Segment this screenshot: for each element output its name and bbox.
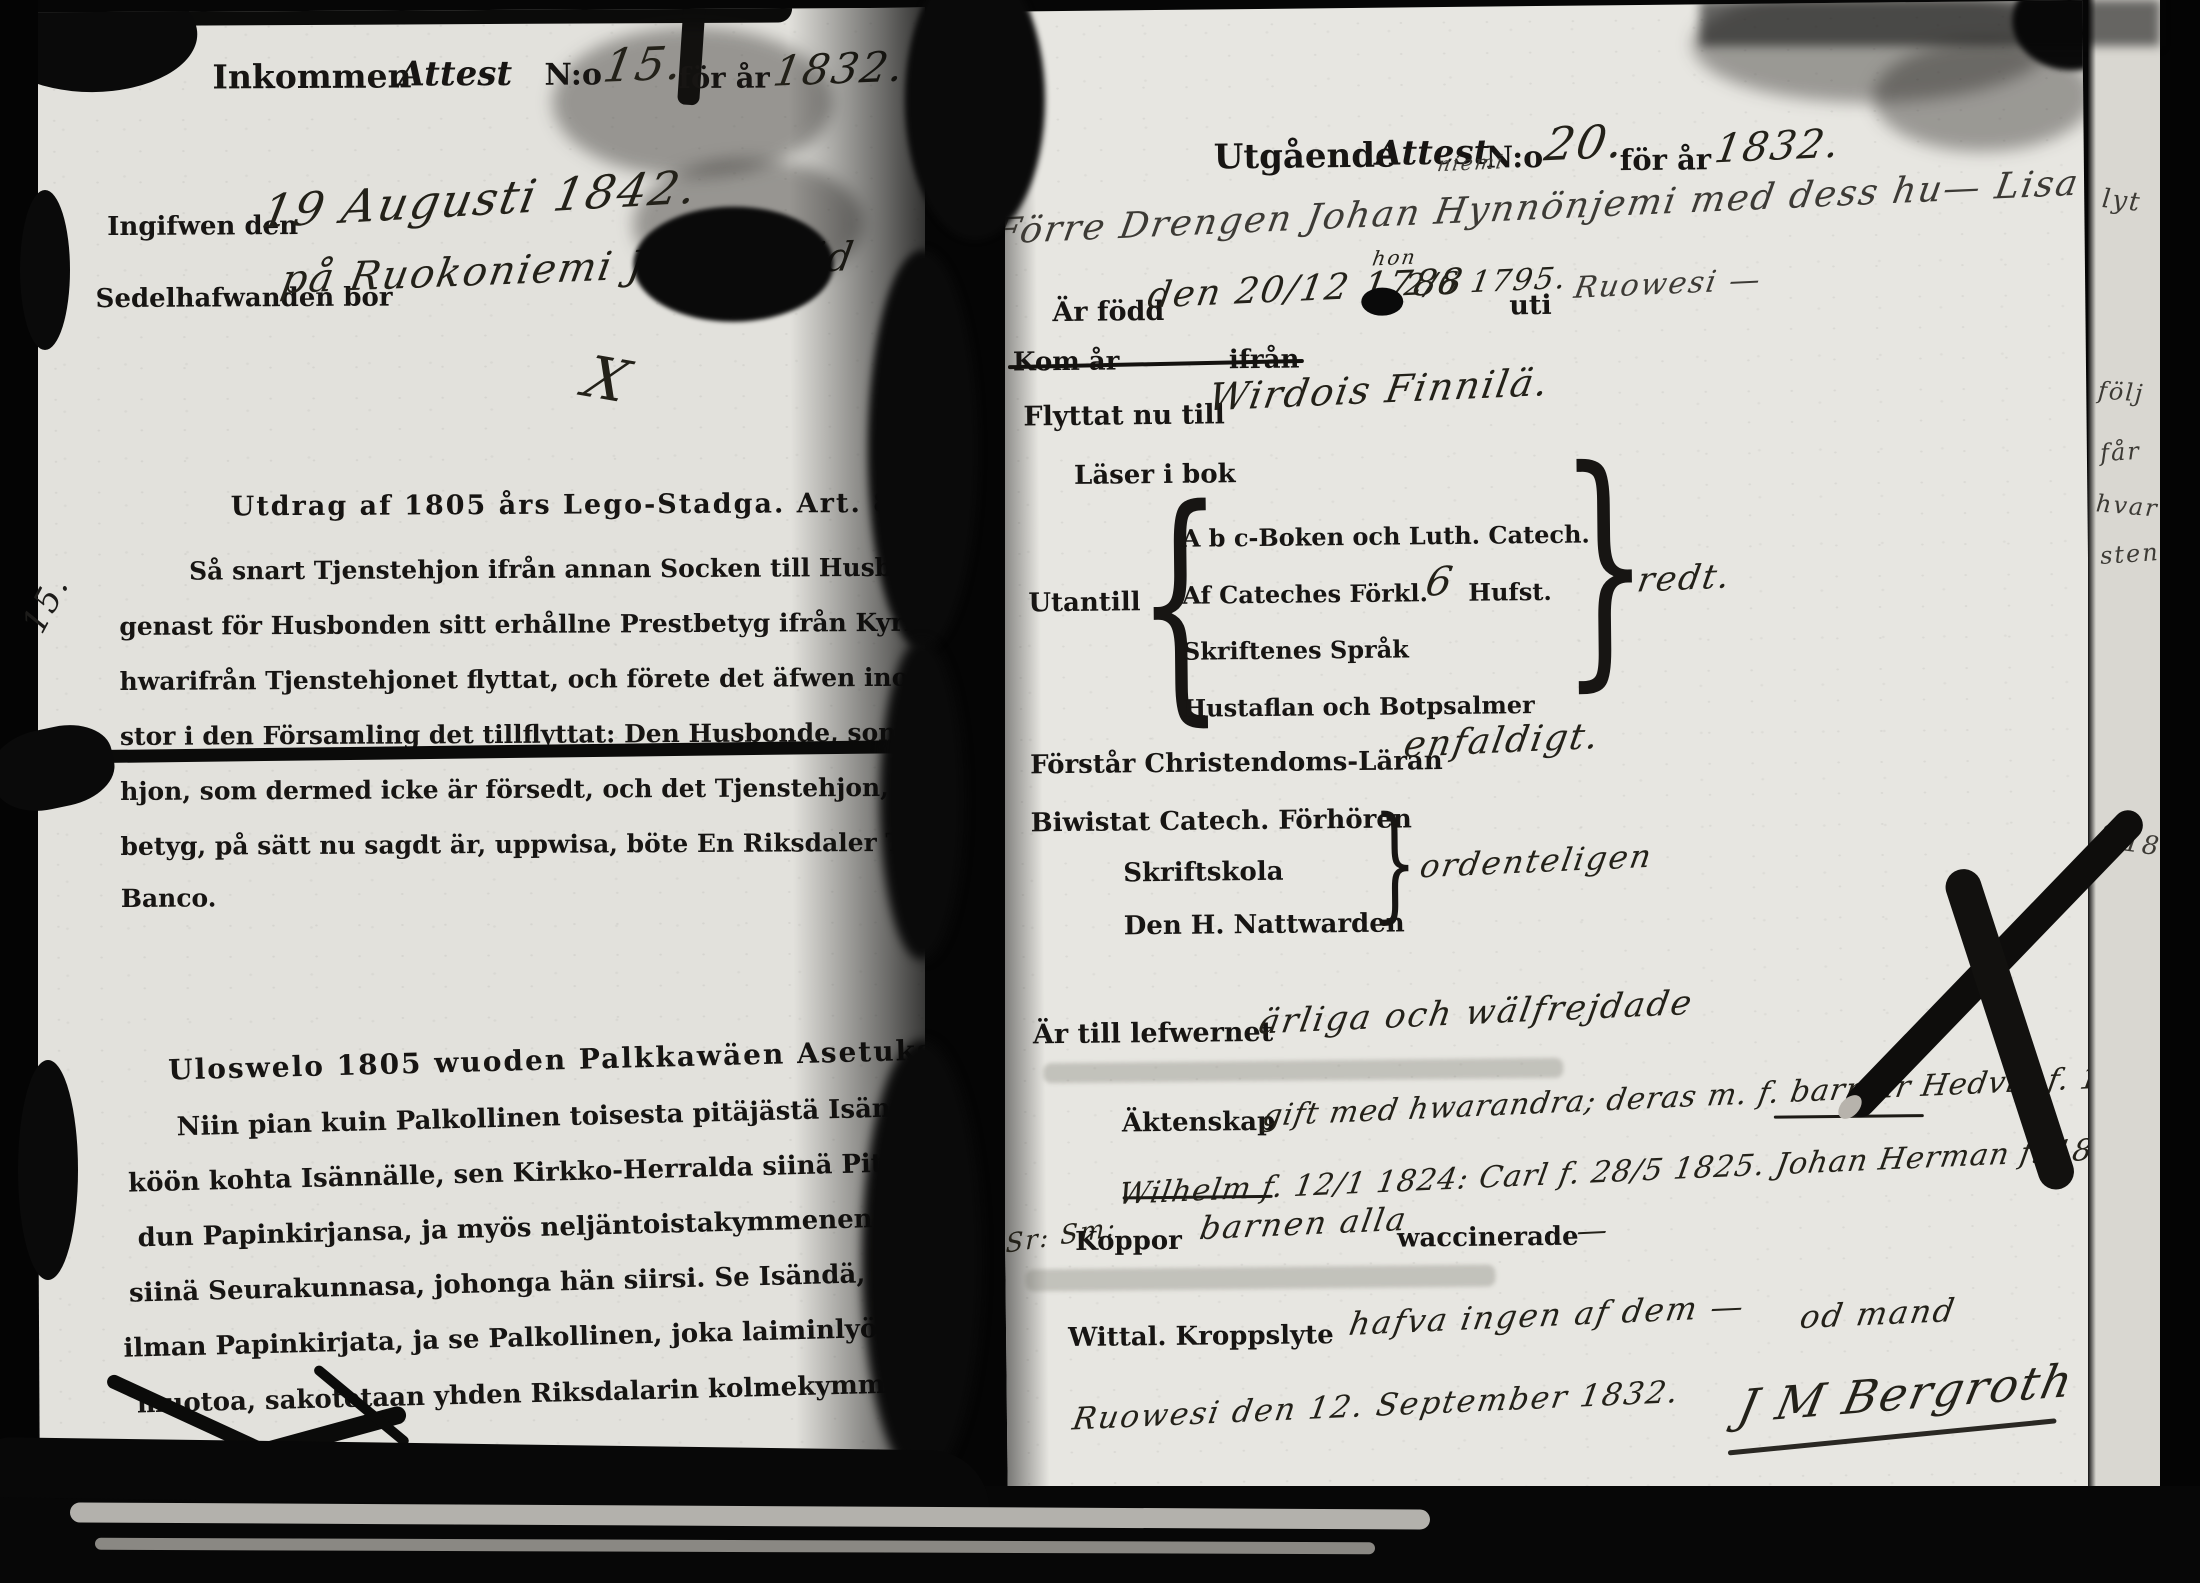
brace-right: } xyxy=(1559,463,1650,668)
edge-scribble: sten xyxy=(2099,538,2160,570)
ink-blotch xyxy=(32,8,197,93)
right-header-word1: Utgående xyxy=(1214,136,1397,178)
ink-blotch xyxy=(1361,287,1403,315)
marriage-hw-line2: Wilhelm f. 12/1 1824: Carl f. 28/5 1825.… xyxy=(1116,1129,2098,1212)
defects-label: Wittal. Kroppslyte xyxy=(1068,1320,1334,1353)
brace-attendance: } xyxy=(1373,813,1418,913)
left-header-word2: Attest xyxy=(398,54,512,95)
intro-superscript: niemi xyxy=(1436,149,1507,176)
marriage-label: Äktenskap xyxy=(1122,1107,1276,1139)
utantill-grade-hw: redt. xyxy=(1635,556,1735,600)
left-page: Inkommen Attest N:o 15. för år 1832. Ing… xyxy=(32,8,956,1491)
edge-scribble: lyt xyxy=(2101,184,2143,218)
gutter-blotch xyxy=(868,250,978,650)
smallpox-label: Koppor xyxy=(1075,1226,1182,1257)
communion-label: Den H. Nattwarden xyxy=(1124,908,1405,941)
left-header-word1: Inkommen xyxy=(212,56,411,96)
gutter-blotch xyxy=(880,640,964,960)
left-header-for-label: för år xyxy=(678,61,769,95)
attended-label: Biwistat Catech. Förhören xyxy=(1031,804,1412,838)
place-date-hw: Ruowesi den 12. September 1832. xyxy=(1070,1374,1683,1437)
moved-label: Flyttat nu till xyxy=(1023,399,1225,432)
border-blotch xyxy=(20,190,70,350)
edge-scribble: följ xyxy=(2097,376,2145,407)
edge-scribble: får xyxy=(2099,437,2141,467)
bleedthrough-text xyxy=(1025,1265,1495,1292)
border-blotch xyxy=(18,1060,78,1280)
right-page: Utgående Attest N:o 20. för år 1832. För… xyxy=(992,0,2098,1503)
huf-number-hw: 6 xyxy=(1422,558,1457,605)
attendance-hw: ordenteligen xyxy=(1417,837,1656,886)
cross-mark: X xyxy=(576,343,640,416)
bleedthrough-text xyxy=(1043,1058,1563,1083)
utantill-item: Skriftenes Språk xyxy=(1183,634,1409,665)
page-fold-line xyxy=(2088,0,2096,1500)
defects-hw: hafva ingen af dem — xyxy=(1346,1287,1748,1343)
kom-label: Kom år xyxy=(1013,346,1120,377)
right-header-year: 1832. xyxy=(1711,121,1844,173)
vaccinated-label: waccinerade xyxy=(1397,1222,1579,1254)
utantill-item: A b c-Boken och Luth. Catech. xyxy=(1182,520,1590,553)
smallpox-hw: barnen alla xyxy=(1197,1200,1410,1247)
huf-label: Hufst. xyxy=(1468,577,1552,607)
understands-label: Förstår Christendoms-Läran xyxy=(1030,746,1443,780)
left-header-no-label: N:o xyxy=(544,57,602,92)
top-right-shade xyxy=(1700,0,2160,46)
smallpox-dash: — xyxy=(1574,1213,1612,1249)
edge-scribble: hvar xyxy=(2095,489,2160,522)
conduct-hw: ärliga och wälfrejdade xyxy=(1256,983,1696,1043)
right-header-number: 20. xyxy=(1541,114,1630,172)
confirmation-label: Skriftskola xyxy=(1123,857,1284,889)
conduct-label: Är till lefwernet xyxy=(1033,1017,1274,1051)
utantill-label: Utantill xyxy=(1028,587,1140,618)
born-uti-label: uti xyxy=(1509,290,1552,321)
utantill-item: Hustaflan och Botpsalmer xyxy=(1183,690,1534,723)
understands-hw: enfaldigt. xyxy=(1401,716,1603,766)
book-scan: Inkommen Attest N:o 15. för år 1832. Ing… xyxy=(0,0,2200,1583)
gutter-blotch xyxy=(862,1040,982,1480)
utantill-item: Af Cateches Förkl. xyxy=(1182,578,1428,610)
defects-hw2: od mand xyxy=(1797,1291,1959,1336)
underlying-page-edge: lyt följ får hvar sten å 18 xyxy=(2088,0,2164,1500)
statute-sv-line: Banco. xyxy=(121,883,217,913)
wife-pronoun-hw: hon xyxy=(1371,245,1419,271)
born-place-hw: Ruowesi — xyxy=(1572,262,1765,305)
right-border xyxy=(2160,0,2200,1583)
right-header-for-label: för år xyxy=(1620,142,1712,177)
left-header-number: 15. xyxy=(600,36,689,93)
